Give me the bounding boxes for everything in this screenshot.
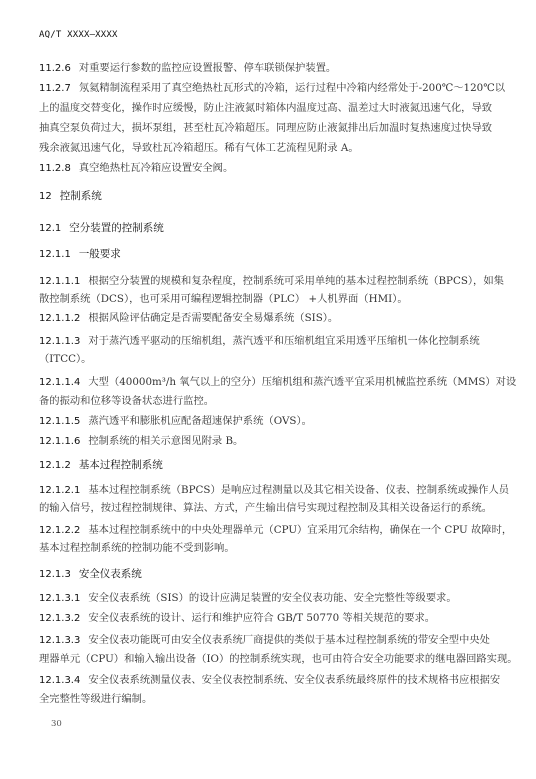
clause-11-2-6: 11.2.6对重要运行参数的监控应设置报警、停车联锁保护装置。 — [39, 61, 509, 76]
subsection-title: 一般要求 — [79, 248, 121, 260]
clause-continuation: 备的振动和位移等设备状态进行监控。 — [39, 394, 509, 408]
clause-12-1-2-2: 12.1.2.2基本过程控制系统中的中央处理器单元（CPU）宜采用冗余结构，确保… — [39, 523, 509, 538]
document-page: AQ/T XXXX—XXXX 11.2.6对重要运行参数的监控应设置报警、停车联… — [0, 0, 536, 779]
clause-12-1-1-1: 12.1.1.1根据空分装置的规模和复杂程度，控制系统可采用单纯的基本过程控制系… — [39, 274, 509, 289]
clause-text: 安全仪表系统测量仪表、安全仪表控制系统、安全仪表系统最终原件的技术规格书应根据安 — [88, 674, 500, 686]
page-number: 30 — [51, 719, 62, 729]
chapter-number: 12 — [39, 190, 52, 204]
clause-text: 安全仪表功能既可由安全仪表系统厂商提供的类似于基本过程控制系统的带安全型中央处 — [88, 634, 490, 646]
clause-continuation: 残余液氮迅速气化，导致杜瓦冷箱超压。稀有气体工艺流程见附录 A。 — [39, 141, 509, 155]
clause-continuation: 抽真空泵负荷过大，损坏泵组，甚至杜瓦冷箱超压。同理应防止液氮排出后加温时复热速度… — [39, 121, 509, 135]
clause-12-1-3-3: 12.1.3.3安全仪表功能既可由安全仪表系统厂商提供的类似于基本过程控制系统的… — [39, 633, 509, 648]
subsection-heading-12-1-3: 12.1.3安全仪表系统 — [39, 567, 509, 582]
clause-12-1-3-4: 12.1.3.4安全仪表系统测量仪表、安全仪表控制系统、安全仪表系统最终原件的技… — [39, 673, 509, 688]
subsection-heading-12-1-2: 12.1.2基本过程控制系统 — [39, 458, 509, 473]
clause-continuation: 全完整性等级进行编制。 — [39, 692, 509, 706]
clause-text: 根据风险评估确定是否需要配备安全易爆系统（SIS）。 — [88, 312, 338, 324]
clause-number: 11.2.6 — [39, 62, 71, 76]
clause-number: 12.1.3.4 — [39, 674, 80, 688]
section-number: 12.1 — [39, 222, 61, 236]
clause-number: 11.2.7 — [39, 82, 71, 96]
clause-number: 12.1.3.2 — [39, 612, 80, 626]
clause-12-1-2-1: 12.1.2.1基本过程控制系统（BPCS）是响应过程测量以及其它相关设备、仪表… — [39, 483, 509, 498]
clause-text: 控制系统的相关示意图见附录 B。 — [88, 435, 243, 447]
clause-continuation: 散控制系统（DCS），也可采用可编程逻辑控制器（PLC） +人机界面（HMI）。 — [39, 292, 509, 306]
chapter-title: 控制系统 — [60, 190, 102, 202]
clause-number: 11.2.8 — [39, 162, 71, 176]
clause-number: 12.1.1.2 — [39, 312, 80, 326]
clause-text: 蒸汽透平和膨胀机应配备超速保护系统（OVS）。 — [88, 415, 312, 427]
subsection-number: 12.1.3 — [39, 568, 71, 582]
clause-12-1-1-6: 12.1.1.6控制系统的相关示意图见附录 B。 — [39, 434, 509, 449]
section-heading-12-1: 12.1空分装置的控制系统 — [39, 221, 509, 236]
clause-number: 12.1.3.3 — [39, 634, 80, 648]
clause-11-2-8: 11.2.8真空绝热杜瓦冷箱应设置安全阀。 — [39, 161, 509, 176]
clause-number: 12.1.1.4 — [39, 376, 80, 390]
clause-12-1-1-5: 12.1.1.5蒸汽透平和膨胀机应配备超速保护系统（OVS）。 — [39, 414, 509, 429]
clause-text: 基本过程控制系统中的中央处理器单元（CPU）宜采用冗余结构，确保在一个 CPU … — [88, 524, 512, 536]
clause-12-1-1-2: 12.1.1.2根据风险评估确定是否需要配备安全易爆系统（SIS）。 — [39, 311, 509, 326]
clause-text: 基本过程控制系统（BPCS）是响应过程测量以及其它相关设备、仪表、控制系统或操作… — [88, 484, 509, 496]
clause-text: 大型（40000m³/h 氧气以上的空分）压缩机组和蒸汽透平宜采用机械监控系统（… — [88, 376, 516, 388]
subsection-title: 基本过程控制系统 — [79, 459, 163, 471]
subsection-heading-12-1-1: 12.1.1一般要求 — [39, 247, 509, 262]
clause-continuation: 的输入信号，按过程控制规律、算法、方式，产生输出信号实现过程控制及其相关设备运行… — [39, 501, 509, 515]
clause-12-1-3-1: 12.1.3.1安全仪表系统（SIS）的设计应满足装置的安全仪表功能、安全完整性… — [39, 591, 509, 606]
clause-number: 12.1.1.3 — [39, 335, 80, 349]
clause-number: 12.1.2.2 — [39, 524, 80, 538]
subsection-title: 安全仪表系统 — [79, 568, 142, 580]
clause-text: 安全仪表系统的设计、运行和维护应符合 GB/T 50770 等相关规范的要求。 — [88, 612, 435, 624]
clause-number: 12.1.2.1 — [39, 484, 80, 498]
clause-11-2-7: 11.2.7氖氦精制流程采用了真空绝热杜瓦形式的冷箱，运行过程中冷箱内经常处于-… — [39, 81, 509, 96]
clause-number: 12.1.1.5 — [39, 415, 80, 429]
clause-continuation: 基本过程控制系统的控制功能不受到影响。 — [39, 541, 509, 555]
clause-continuation: （ITCC）。 — [39, 352, 509, 366]
clause-number: 12.1.3.1 — [39, 592, 80, 606]
chapter-heading: 12控制系统 — [39, 189, 509, 204]
clause-number: 12.1.1.1 — [39, 275, 80, 289]
clause-number: 12.1.1.6 — [39, 435, 80, 449]
clause-continuation: 理器单元（CPU）和输入输出设备（IO）的控制系统实现，也可由符合安全功能要求的… — [39, 652, 509, 666]
clause-text: 对重要运行参数的监控应设置报警、停车联锁保护装置。 — [79, 62, 336, 74]
clause-text: 对于蒸汽透平驱动的压缩机组，蒸汽透平和压缩机组宜采用透平压缩机一体化控制系统 — [88, 335, 479, 347]
clause-text: 真空绝热杜瓦冷箱应设置安全阀。 — [79, 162, 233, 174]
clause-text: 氖氦精制流程采用了真空绝热杜瓦形式的冷箱，运行过程中冷箱内经常处于-200℃～1… — [79, 82, 505, 94]
clause-12-1-1-3: 12.1.1.3对于蒸汽透平驱动的压缩机组，蒸汽透平和压缩机组宜采用透平压缩机一… — [39, 334, 509, 349]
subsection-number: 12.1.1 — [39, 248, 71, 262]
document-code-header: AQ/T XXXX—XXXX — [39, 30, 118, 40]
section-title: 空分装置的控制系统 — [69, 222, 164, 234]
clause-text: 根据空分装置的规模和复杂程度，控制系统可采用单纯的基本过程控制系统（BPCS），… — [88, 275, 504, 287]
subsection-number: 12.1.2 — [39, 459, 71, 473]
clause-12-1-1-4: 12.1.1.4大型（40000m³/h 氧气以上的空分）压缩机组和蒸汽透平宜采… — [39, 375, 509, 390]
clause-text: 安全仪表系统（SIS）的设计应满足装置的安全仪表功能、安全完整性等级要求。 — [88, 592, 456, 604]
clause-12-1-3-2: 12.1.3.2安全仪表系统的设计、运行和维护应符合 GB/T 50770 等相… — [39, 611, 509, 626]
clause-continuation: 上的温度交替变化，操作时应缓慢，防止注液氮时箱体内温度过高、温差过大时液氮迅速气… — [39, 101, 509, 115]
